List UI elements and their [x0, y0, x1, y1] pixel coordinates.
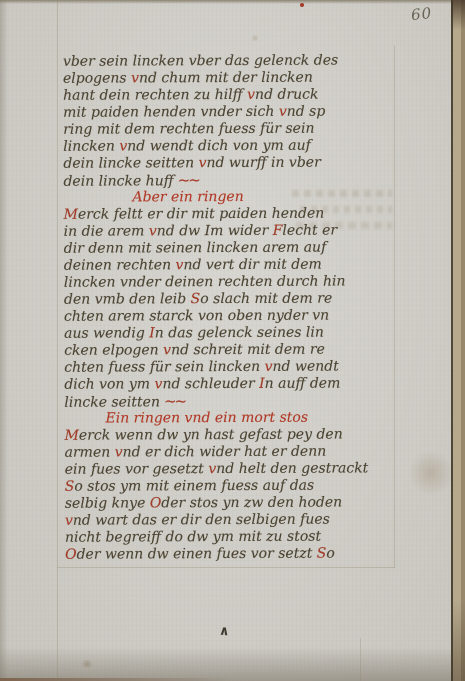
red-flourish: ~~ [178, 171, 199, 189]
text-line: in die arem vnd dw Im wider Flecht er [64, 222, 396, 240]
text-line: dich von ym vnd schleuder In auff dem [64, 375, 396, 393]
text-line: dein lincke seitten vnd wurff in vber [63, 154, 395, 172]
text-line: armen vnd er dich wider hat er denn [65, 443, 397, 461]
text-line-text: lincke seitten [64, 394, 160, 410]
text-line: lincken vnder deinen rechten durch hin [64, 273, 396, 291]
parchment-stain [410, 450, 452, 496]
ruling-line-bottom [57, 567, 395, 568]
parchment-stain [250, 35, 260, 41]
text-line: Merck feltt er dir mit paiden henden [64, 205, 396, 223]
page-left-edge [0, 0, 8, 681]
text-line: mit paiden henden vnder sich vnd sp [63, 103, 395, 121]
text-block: vber sein lincken vber das gelenck des e… [63, 52, 397, 563]
book-fore-edge [451, 0, 465, 681]
text-line: dein lincke huff~~ [63, 171, 395, 189]
text-line: selbig knye Oder stos yn zw den hoden [65, 494, 397, 512]
text-line: dir denn mit seinen lincken arem auf [64, 239, 396, 257]
text-line: ring mit dem rechten fuess für sein [63, 120, 395, 138]
manuscript-page-photo: 60 vber sein lincken vber das gelenck de… [0, 0, 465, 681]
page-top-edge [0, 0, 465, 4]
ruling-line-stray [360, 638, 361, 681]
text-line: lincke seitten~~ [64, 392, 396, 410]
text-line: elpogens vnd chum mit der lincken [63, 69, 395, 87]
text-line: vber sein lincken vber das gelenck des [63, 52, 395, 70]
page-bottom-shadow [0, 647, 465, 681]
folio-number: 60 [410, 4, 433, 24]
red-flourish: ~~ [164, 392, 185, 410]
text-line: nicht begreiff do dw ym mit zu stost [65, 528, 397, 546]
text-line: chten fuess für sein lincken vnd wendt [64, 358, 396, 376]
text-line: Merck wenn dw yn hast gefast pey den [65, 426, 397, 444]
text-line: aus wendig In das gelenck seines lin [64, 324, 396, 342]
text-line: cken elpogen vnd schreit mit dem re [64, 341, 396, 359]
section-heading: Aber ein ringen [132, 188, 395, 206]
text-line: chten arem starck von oben nyder vn [64, 307, 396, 325]
parchment-stain [80, 660, 94, 668]
text-line: den vmb den leib So slach mit dem re [64, 290, 396, 308]
quire-mark-caret: ∧ [218, 624, 230, 640]
red-ink-dot [300, 3, 304, 7]
text-line: Oder wenn dw einen fues vor setzt So [65, 545, 397, 563]
text-line: deinen rechten vnd vert dir mit dem [64, 256, 396, 274]
text-line: hant dein rechten zu hilff vnd druck [63, 86, 395, 104]
ruling-line-left [57, 0, 58, 681]
text-line: ein fues vor gesetzt vnd helt den gestra… [65, 460, 397, 478]
text-line-text: dein lincke huff [63, 173, 173, 189]
text-line: lincken vnd wendt dich von ym auf [63, 137, 395, 155]
text-line: So stos ym mit einem fuess auf das [65, 477, 397, 495]
text-line: vnd wart das er dir den selbigen fues [65, 511, 397, 529]
section-heading: Ein ringen vnd ein mort stos [105, 409, 396, 427]
